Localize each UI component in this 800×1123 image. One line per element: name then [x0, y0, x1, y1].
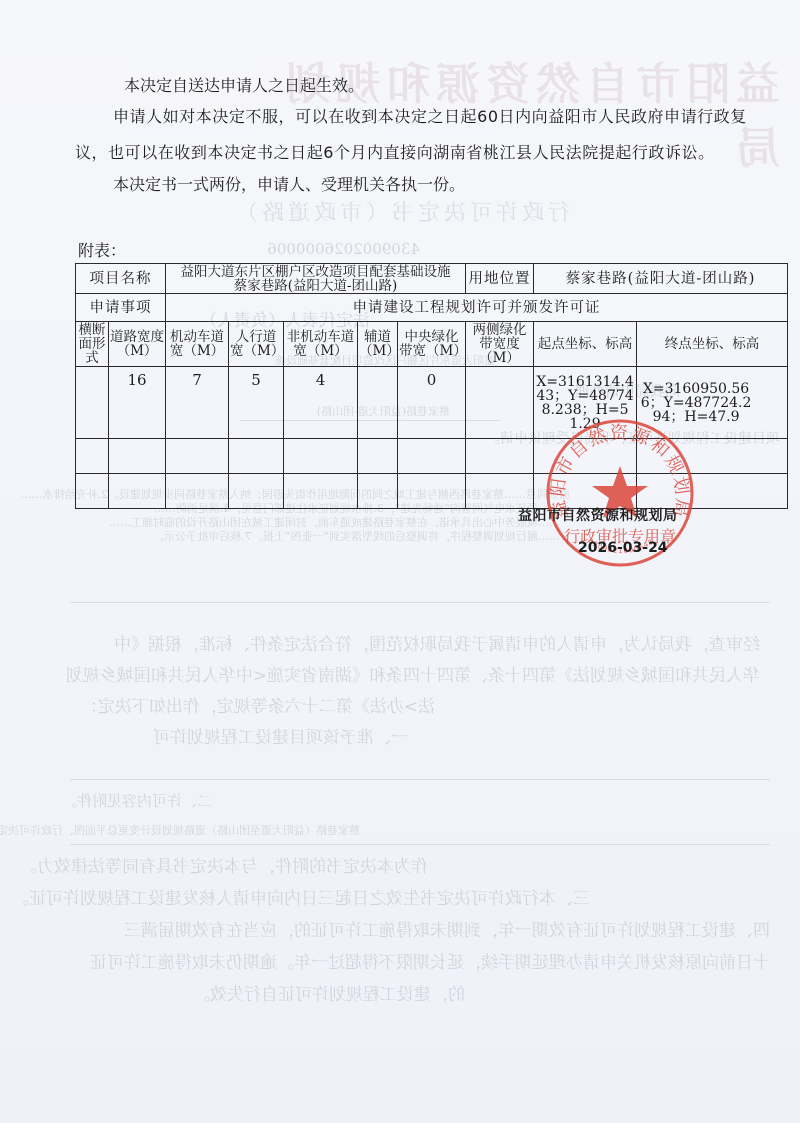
empty-cell — [466, 474, 534, 509]
ghost-rule — [70, 844, 770, 845]
col-header: 辅道（M） — [358, 322, 398, 367]
empty-cell — [76, 474, 109, 509]
application-row: 申请事项 申请建设工程规划许可并颁发许可证 — [76, 294, 788, 322]
ghost-line: 4309002026000006 — [267, 240, 420, 258]
col-header: 中央绿化带宽（M） — [398, 322, 466, 367]
site-location-label: 用地位置 — [466, 264, 534, 294]
ghost-line: ……城服务中心出具承诺，在蔡家巷路建成通车前，封闭建工城在团山路开设的临时施工…… — [109, 514, 560, 530]
site-location-value: 蔡家巷路(益阳大道-团山路) — [534, 264, 788, 294]
col-header: 非机动车道宽（M） — [284, 322, 358, 367]
ghost-line: 三、本行政许可决定书生效之日起三日内向申请人核发建设工程规划许可证。 — [12, 884, 590, 909]
cell-end-point: X=3160950.566；Y=487724.294；H=47.9 — [637, 367, 788, 439]
empty-cell — [534, 439, 637, 474]
empty-cell — [398, 439, 466, 474]
cell-auxiliary-road — [358, 367, 398, 439]
table-row: 16 7 5 4 0 X=3161314.443；Y=487748.238；H=… — [76, 367, 788, 439]
ghost-line: ……履行规划调整程序，将调整后的线型落实到“一张图”上报。7.核后审批予公示。 — [153, 528, 560, 544]
issuer-signature: 益阳市自然资源和规划局 — [518, 505, 678, 525]
empty-cell — [229, 439, 284, 474]
ghost-line: 的，建设工程规划许可证自行失效。 — [193, 980, 465, 1005]
project-name-line1: 益阳大道东片区棚户区改造项目配套基础设施 — [167, 265, 464, 279]
col-header: 人行道宽（M） — [229, 322, 284, 367]
empty-cell — [284, 439, 358, 474]
application-item-label: 申请事项 — [76, 294, 166, 322]
appendix-label: 附表： — [78, 238, 126, 261]
effective-date-paragraph: 本决定自送达申请人之日起生效。 — [124, 76, 764, 96]
ghost-line: 十日前向原核发机关申请办理延期手续，延长期限不得超过一年。逾期仍未取得施工许可证 — [90, 948, 770, 973]
cell-cross-section — [76, 367, 109, 439]
project-row: 项目名称 益阳大道东片区棚户区改造项目配套基础设施 蔡家巷路(益阳大道-团山路)… — [76, 264, 788, 294]
ghost-subtitle: 行政许可决定书（市政道路） — [232, 196, 570, 227]
empty-cell — [284, 474, 358, 509]
cell-motorway-width: 7 — [166, 367, 229, 439]
ghost-line: 四、建设工程规划许可证有效期一年，到期未取得施工许可证的，应当在有效期届满三 — [124, 916, 770, 941]
empty-cell — [358, 474, 398, 509]
copies-paragraph: 本决定书一式两份，申请人、受理机关各执一份。 — [113, 175, 753, 195]
empty-cell — [637, 439, 788, 474]
empty-cell — [166, 439, 229, 474]
ghost-rule — [70, 602, 770, 603]
empty-cell — [109, 439, 166, 474]
empty-cell — [534, 474, 637, 509]
col-header: 机动车道宽（M） — [166, 322, 229, 367]
cell-non-motor-width: 4 — [284, 367, 358, 439]
cell-road-width: 16 — [109, 367, 166, 439]
project-name-value: 益阳大道东片区棚户区改造项目配套基础设施 蔡家巷路(益阳大道-团山路) — [166, 264, 466, 294]
empty-cell — [109, 474, 166, 509]
application-item-value: 申请建设工程规划许可并颁发许可证 — [166, 294, 788, 322]
issue-date: 2026-03-24 — [578, 540, 668, 556]
project-name-label: 项目名称 — [76, 264, 166, 294]
col-header: 起点坐标、标高 — [534, 322, 637, 367]
empty-cell — [229, 474, 284, 509]
ghost-line: 二、许可内容见附件。 — [62, 790, 212, 811]
empty-cell — [76, 439, 109, 474]
bleed-through-layer: 益阳市自然资源和规划局 行政许可决定书（市政道路） 43090020260000… — [0, 0, 800, 1123]
col-header: 横断面形式 — [76, 322, 109, 367]
empty-cell — [358, 439, 398, 474]
cell-side-green-width — [466, 367, 534, 439]
empty-cell — [398, 474, 466, 509]
ghost-line: 法>办法》第二十六条等规定，作出如下决定： — [81, 692, 435, 717]
cell-central-green-width: 0 — [398, 367, 466, 439]
project-name-line2: 蔡家巷路(益阳大道-团山路) — [167, 279, 464, 293]
col-header: 两侧绿化带宽度（M） — [466, 322, 534, 367]
col-header: 道路宽度（M） — [109, 322, 166, 367]
empty-cell — [466, 439, 534, 474]
ghost-line: 一、准予该项目建设工程规划许可 — [153, 723, 408, 748]
table-row — [76, 439, 788, 474]
ghost-line: 蔡家巷路（益阳大道至团山路）道路规划设计变更总平面图、行政许可决定书 — [0, 822, 360, 838]
col-header: 终点坐标、标高 — [637, 322, 788, 367]
column-header-row: 横断面形式 道路宽度（M） 机动车道宽（M） 人行道宽（M） 非机动车道宽（M）… — [76, 322, 788, 367]
document-page: 益阳市自然资源和规划局 行政许可决定书（市政道路） 43090020260000… — [0, 0, 800, 1123]
ghost-line: 作为本决定书的附件，与本决定书具有同等法律效力。 — [20, 852, 428, 877]
appeal-paragraph-line2: 议，也可以在收到本决定书之日起6个月内直接向湖南省桃江县人民法院提起行政诉讼。 — [75, 143, 715, 163]
ghost-rule — [70, 779, 770, 780]
ghost-line: 华人民共和国城乡规划法》第四十条、第四十四条和《湖南省实施<中华人民共和国城乡规… — [66, 661, 760, 686]
empty-cell — [166, 474, 229, 509]
cell-sidewalk-width: 5 — [229, 367, 284, 439]
cell-start-point: X=3161314.443；Y=487748.238；H=51.29 — [534, 367, 637, 439]
empty-cell — [637, 474, 788, 509]
ghost-line: 经审查，我局认为，申请人的申请属于我局职权范围，符合法定条件、标准，根据《中 — [114, 630, 760, 655]
table-row — [76, 474, 788, 509]
permit-table: 项目名称 益阳大道东片区棚户区改造项目配套基础设施 蔡家巷路(益阳大道-团山路)… — [75, 263, 788, 509]
appeal-paragraph-line1: 申请人如对本决定不服，可以在收到本决定之日起60日内向益阳市人民政府申请行政复 — [113, 107, 753, 127]
